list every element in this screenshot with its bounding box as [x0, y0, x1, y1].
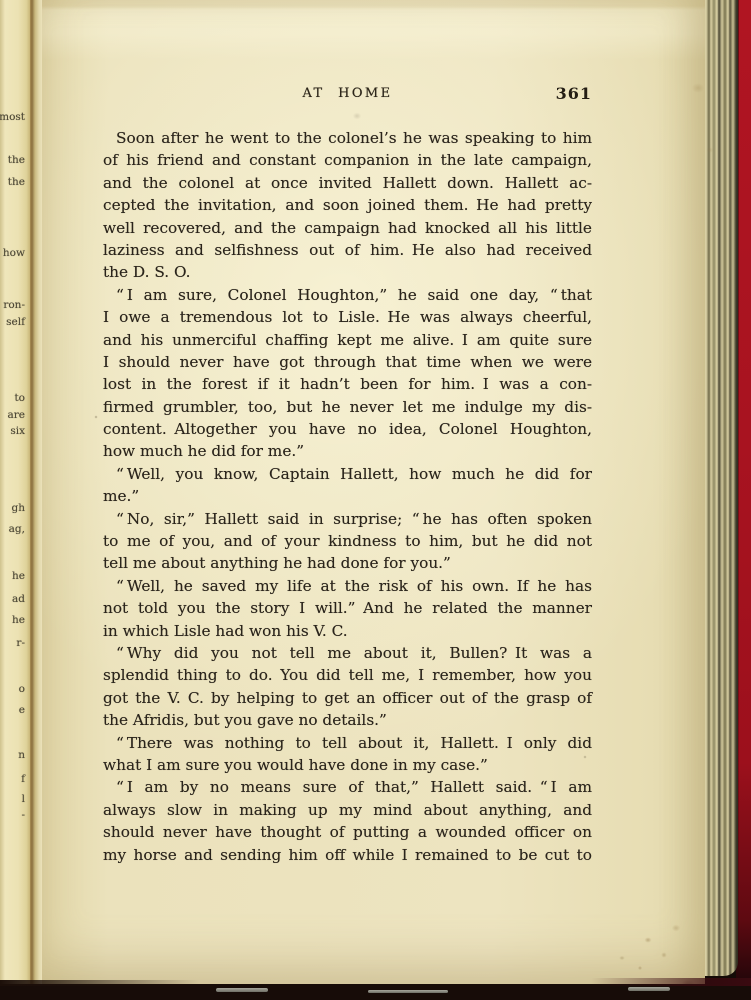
body-text-line: cepted the invitation, and soon joined t…: [103, 194, 592, 216]
page-number: 361: [556, 84, 592, 103]
facing-page-text-fragment: f: [21, 774, 25, 785]
bottom-shadow-band: [0, 984, 751, 1000]
facing-page-fragments: mostthethehowron-selftoaresixghag,headhe…: [0, 0, 28, 987]
facing-page-text-fragment: l: [22, 794, 25, 805]
body-text-line: lost in the forest if it hadn’t been for…: [103, 373, 592, 395]
body-text-line: splendid thing to do. You did tell me, I…: [103, 664, 592, 686]
gutter-crease: [30, 0, 42, 985]
cover-edge-glint: [368, 990, 448, 993]
page-edges-stack: [702, 0, 738, 976]
facing-page-text-fragment: ad: [12, 594, 25, 605]
body-text-line: “ No, sir,” Hallett said in surprise; “ …: [103, 508, 592, 530]
body-text-line: and the colonel at once invited Hallett …: [103, 172, 592, 194]
paragraph: “ I am by no means sure of that,” Hallet…: [103, 776, 592, 866]
facing-page-text-fragment: he: [12, 615, 25, 626]
facing-page-text-fragment: -: [21, 810, 25, 821]
body-text-line: not told you the story I will.” And he r…: [103, 597, 592, 619]
body-text-line: “ Well, he saved my life at the risk of …: [103, 575, 592, 597]
cover-edge-glint: [216, 988, 268, 992]
facing-page-text-fragment: how: [3, 248, 25, 259]
body-text-line: how much he did for me.”: [103, 440, 592, 462]
facing-page-text-fragment: are: [8, 410, 26, 421]
body-text-line: well recovered, and the campaign had kno…: [103, 217, 592, 239]
facing-page-text-fragment: he: [12, 571, 25, 582]
facing-page-text-fragment: ag,: [9, 524, 25, 535]
body-text-line: content. Altogether you have no idea, Co…: [103, 418, 592, 440]
facing-page-text-fragment: six: [10, 426, 25, 437]
facing-page-text-fragment: most: [0, 112, 25, 123]
facing-page-text-fragment: gh: [12, 503, 25, 514]
facing-page-text-fragment: o: [19, 684, 25, 695]
body-text-line: of his friend and constant companion in …: [103, 149, 592, 171]
paragraph: Soon after he went to the colonel’s he w…: [103, 127, 592, 284]
facing-page-text-fragment: r-: [16, 638, 25, 649]
body-text-line: tell me about anything he had done for y…: [103, 552, 592, 574]
body-text-line: the Afridis, but you gave no details.”: [103, 709, 592, 731]
facing-page-text-fragment: to: [14, 393, 25, 404]
body-text-line: and his unmerciful chaffing kept me aliv…: [103, 329, 592, 351]
body-text-line: Soon after he went to the colonel’s he w…: [103, 127, 592, 149]
facing-page-text-fragment: ron-: [3, 300, 25, 311]
paragraph: “ I am sure, Colonel Houghton,” he said …: [103, 284, 592, 463]
facing-page-text-fragment: e: [19, 705, 25, 716]
body-text-line: me.”: [103, 485, 592, 507]
paragraph: “ Well, you know, Captain Hallett, how m…: [103, 463, 592, 508]
body-text-line: my horse and sending him off while I rem…: [103, 844, 592, 866]
body-text-line: to me of you, and of your kindness to hi…: [103, 530, 592, 552]
facing-page-edge: mostthethehowron-selftoaresixghag,headhe…: [0, 0, 30, 987]
body-text-line: got the V. C. by helping to get an offic…: [103, 687, 592, 709]
body-text-line: “ There was nothing to tell about it, Ha…: [103, 732, 592, 754]
body-text-line: firmed grumbler, too, but he never let m…: [103, 396, 592, 418]
body-text-line: I should never have got through that tim…: [103, 351, 592, 373]
paragraph: “ There was nothing to tell about it, Ha…: [103, 732, 592, 777]
body-text-line: “ Why did you not tell me about it, Bull…: [103, 642, 592, 664]
body-text-line: “ I am by no means sure of that,” Hallet…: [103, 776, 592, 798]
running-title: AT HOME: [103, 86, 592, 101]
facing-page-text-fragment: the: [8, 155, 25, 166]
body-text-line: “ I am sure, Colonel Houghton,” he said …: [103, 284, 592, 306]
paragraph: “ No, sir,” Hallett said in surprise; “ …: [103, 508, 592, 575]
body-text-line: should never have thought of putting a w…: [103, 821, 592, 843]
body-text-line: what I am sure you would have done in my…: [103, 754, 592, 776]
cover-edge-glint: [628, 987, 670, 991]
page-content: AT HOME 361 Soon after he went to the co…: [103, 86, 592, 866]
facing-page-text-fragment: n: [18, 750, 25, 761]
body-text-line: “ Well, you know, Captain Hallett, how m…: [103, 463, 592, 485]
body-text-line: always slow in making up my mind about a…: [103, 799, 592, 821]
page-body: Soon after he went to the colonel’s he w…: [103, 127, 592, 866]
page-header: AT HOME 361: [103, 86, 592, 103]
body-text-line: I owe a tremendous lot to Lisle. He was …: [103, 306, 592, 328]
facing-page-text-fragment: the: [8, 177, 25, 188]
facing-page-text-fragment: self: [6, 317, 25, 328]
paragraph: “ Why did you not tell me about it, Bull…: [103, 642, 592, 732]
book-scan: mostthethehowron-selftoaresixghag,headhe…: [0, 0, 751, 1000]
book-cover-right-edge: [736, 0, 751, 978]
paragraph: “ Well, he saved my life at the risk of …: [103, 575, 592, 642]
body-text-line: in which Lisle had won his V. C.: [103, 620, 592, 642]
body-text-line: the D. S. O.: [103, 261, 592, 283]
body-text-line: laziness and selfishness out of him. He …: [103, 239, 592, 261]
